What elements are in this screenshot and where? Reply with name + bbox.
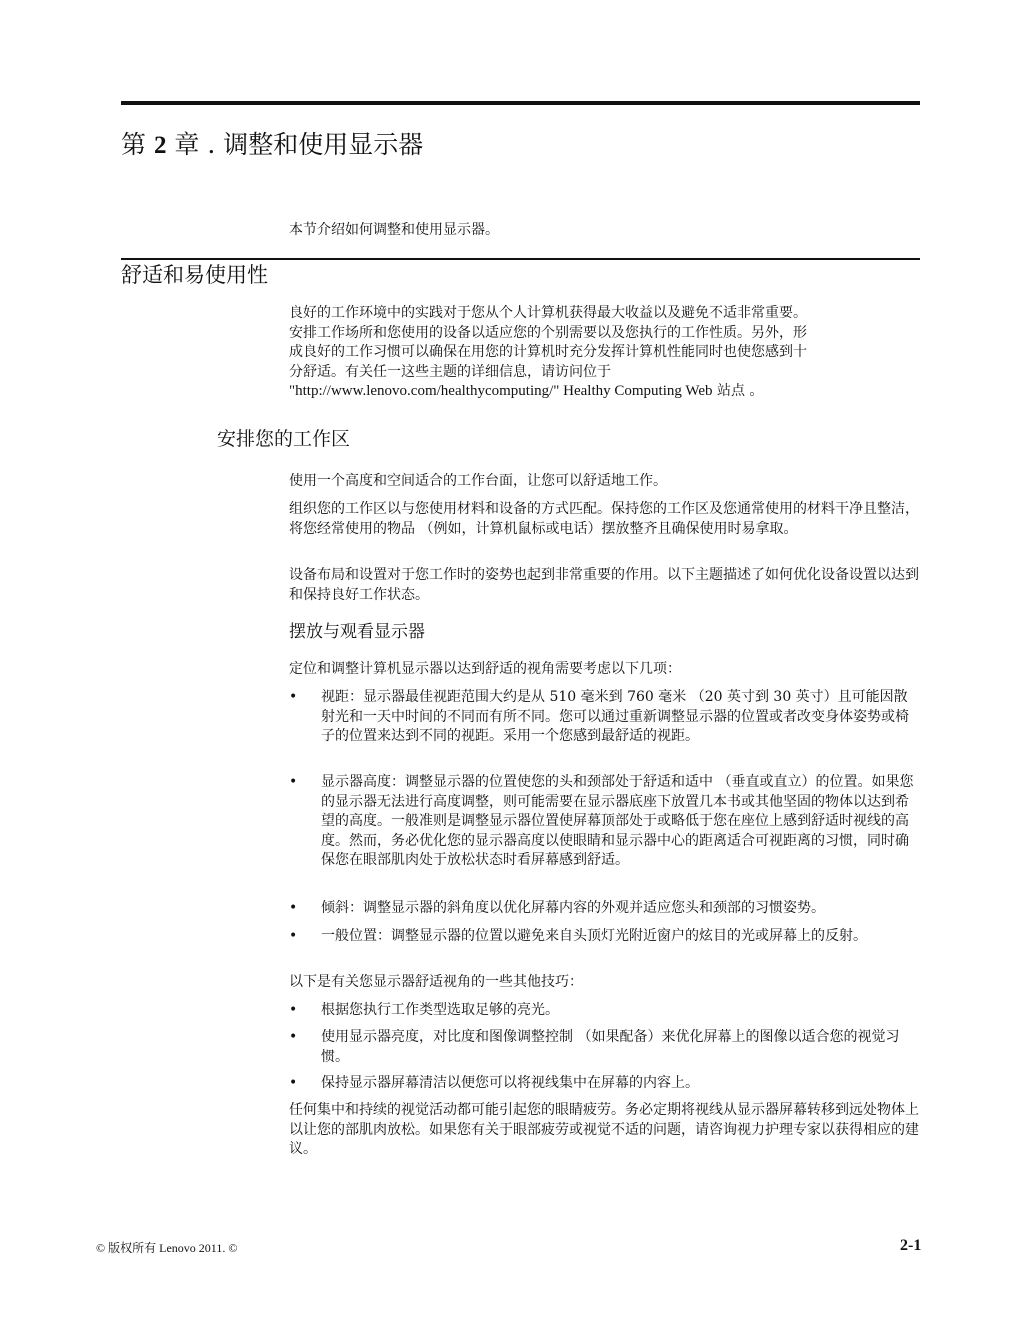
link-suffix: 站点 。 [713,383,764,399]
comfort-paragraph: 良好的工作环境中的实践对于您从个人计算机获得最大收益以及避免不适非常重要。 安排… [289,304,921,402]
workspace-paragraph-2: 组织您的工作区以与您使用材料和设备的方式匹配。保持您的工作区及您通常使用的材料干… [289,500,921,539]
healthy-computing-link[interactable]: "http://www.lenovo.com/healthycomputing/… [289,383,713,399]
eye-strain-paragraph: 任何集中和持续的视觉活动都可能引起您的眼睛疲劳。务必定期将视线从显示器屏幕转移到… [289,1101,921,1160]
chapter-number: 2 [154,132,167,159]
page-number: 2-1 [900,1237,921,1255]
workspace-paragraph-1: 使用一个高度和空间适合的工作台面，让您可以舒适地工作。 [289,472,921,492]
tip-item-clean-screen: • 保持显示器屏幕清洁以便您可以将视线集中在屏幕的内容上。 [289,1074,921,1094]
section-rule [121,258,920,260]
chapter-top-rule [121,101,920,105]
section-title-comfort: 舒适和易使用性 [121,261,268,289]
list-item-text: 一般位置：调整显示器的位置以避免来自头顶灯光附近窗户的炫目的光或屏幕上的反射。 [321,927,921,947]
bullet-icon: • [289,927,309,947]
bullet-icon: • [289,1028,309,1048]
list-item-monitor-height: • 显示器高度：调整显示器的位置使您的头和颈部处于舒适和适中 （垂直或直立）的位… [289,773,921,871]
bullet-icon: • [289,1074,309,1094]
comfort-line: 分舒适。有关任一这些主题的详细信息，请访问位于 [289,363,921,383]
section-title-workspace: 安排您的工作区 [217,426,350,452]
chapter-prefix: 第 [121,130,154,159]
workspace-paragraph-3: 设备布局和设置对于您工作时的姿势也起到非常重要的作用。以下主题描述了如何优化设备… [289,566,921,605]
list-item-general-position: • 一般位置：调整显示器的位置以避免来自头顶灯光附近窗户的炫目的光或屏幕上的反射… [289,927,921,947]
chapter-intro: 本节介绍如何调整和使用显示器。 [289,220,499,240]
tip-item-brightness: • 使用显示器亮度，对比度和图像调整控制 （如果配备）来优化屏幕上的图像以适合您… [289,1028,921,1067]
comfort-line: 成良好的工作习惯可以确保在用您的计算机时充分发挥计算机性能同时也使您感到十 [289,343,921,363]
comfort-line: 安排工作场所和您使用的设备以适应您的个别需要以及您执行的工作性质。另外，形 [289,324,921,344]
monitor-lead: 定位和调整计算机显示器以达到舒适的视角需要考虑以下几项： [289,660,921,680]
list-item-text: 视距：显示器最佳视距范围大约是从 510 毫米到 760 毫米 （20 英寸到 … [321,688,921,747]
bullet-icon: • [289,899,309,919]
tips-lead: 以下是有关您显示器舒适视角的一些其他技巧： [289,973,921,993]
chapter-title: 第 2 章 . 调整和使用显示器 [121,128,423,163]
list-item-viewing-distance: • 视距：显示器最佳视距范围大约是从 510 毫米到 760 毫米 （20 英寸… [289,688,921,747]
chapter-suffix: 章 . 调整和使用显示器 [166,130,423,159]
list-item-text: 显示器高度：调整显示器的位置使您的头和颈部处于舒适和适中 （垂直或直立）的位置。… [321,773,921,871]
tip-text: 使用显示器亮度，对比度和图像调整控制 （如果配备）来优化屏幕上的图像以适合您的视… [321,1028,921,1067]
tip-item-lighting: • 根据您执行工作类型选取足够的亮光。 [289,1001,921,1021]
tip-text: 根据您执行工作类型选取足够的亮光。 [321,1001,921,1021]
tip-text: 保持显示器屏幕清洁以便您可以将视线集中在屏幕的内容上。 [321,1074,921,1094]
section-title-monitor: 摆放与观看显示器 [289,620,425,644]
list-item-text: 倾斜：调整显示器的斜角度以优化屏幕内容的外观并适应您头和颈部的习惯姿势。 [321,899,921,919]
copyright-notice: © 版权所有 Lenovo 2011. © [96,1240,237,1256]
bullet-icon: • [289,688,309,708]
bullet-icon: • [289,1001,309,1021]
bullet-icon: • [289,773,309,793]
comfort-line: 良好的工作环境中的实践对于您从个人计算机获得最大收益以及避免不适非常重要。 [289,304,921,324]
list-item-tilt: • 倾斜：调整显示器的斜角度以优化屏幕内容的外观并适应您头和颈部的习惯姿势。 [289,899,921,919]
